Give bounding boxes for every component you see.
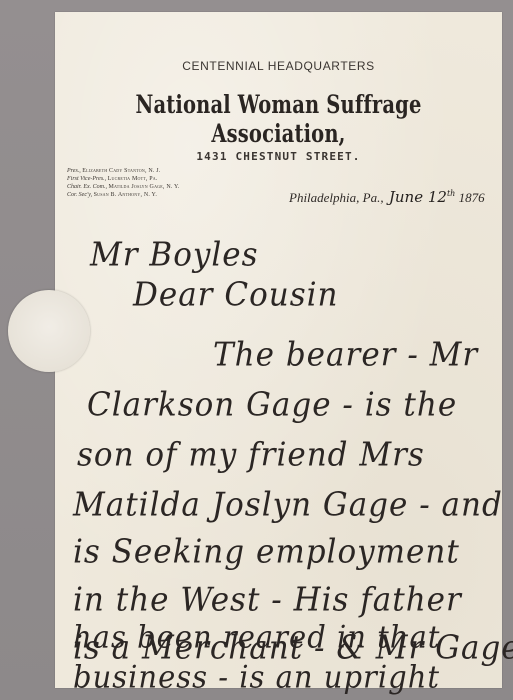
officer-row: Pres., Elizabeth Cady Stanton, N. J. — [67, 167, 287, 175]
officer-name: Matilda Joslyn Gage, N. Y. — [109, 184, 180, 190]
salutation: Dear Cousin — [133, 276, 339, 314]
letterhead-address: 1431 CHESTNUT STREET. — [55, 150, 502, 163]
date-handwritten: June 12th — [389, 188, 455, 206]
officers-list: Pres., Elizabeth Cady Stanton, N. J. Fir… — [67, 167, 287, 199]
date-year: 1876 — [459, 190, 485, 205]
body-line: is Seeking employment — [73, 533, 460, 571]
date-suffix: th — [447, 189, 455, 198]
body-line: Matilda Joslyn Gage - and — [73, 486, 503, 524]
body-line: The bearer - Mr — [213, 336, 478, 374]
letter-page: CENTENNIAL HEADQUARTERS National Woman S… — [55, 12, 502, 688]
officer-row: Chair. Ex. Com., Matilda Joslyn Gage, N.… — [67, 183, 287, 191]
body-line: in the West - His father — [73, 581, 462, 619]
officer-name: Lucretia Mott, Pa. — [108, 176, 158, 182]
officer-name: Susan B. Anthony, N. Y. — [94, 192, 157, 198]
officer-row: Cor. Sec'y, Susan B. Anthony, N. Y. — [67, 191, 287, 199]
body-line: son of my friend Mrs — [77, 436, 425, 474]
place-and-date: Philadelphia, Pa., June 12th 1876 — [289, 188, 485, 206]
officer-role: Pres., — [67, 168, 81, 174]
letterhead-subtitle: CENTENNIAL HEADQUARTERS — [55, 59, 502, 73]
letterhead-organization: National Woman Suffrage Association, — [104, 90, 453, 148]
officer-role: Cor. Sec'y, — [67, 192, 92, 198]
addressee: Mr Boyles — [90, 236, 259, 274]
paper-seal — [8, 290, 90, 372]
officer-row: First Vice-Pres., Lucretia Mott, Pa. — [67, 175, 287, 183]
officer-name: Elizabeth Cady Stanton, N. J. — [82, 168, 160, 174]
body-line: business - is an upright — [73, 659, 440, 695]
body-line: has been reared in that — [73, 619, 440, 655]
officer-role: Chair. Ex. Com., — [67, 184, 107, 190]
body-line: Clarkson Gage - is the — [87, 386, 457, 424]
officer-role: First Vice-Pres., — [67, 176, 106, 182]
place-text: Philadelphia, Pa., — [289, 190, 384, 205]
date-month-day: June 12 — [389, 188, 447, 206]
